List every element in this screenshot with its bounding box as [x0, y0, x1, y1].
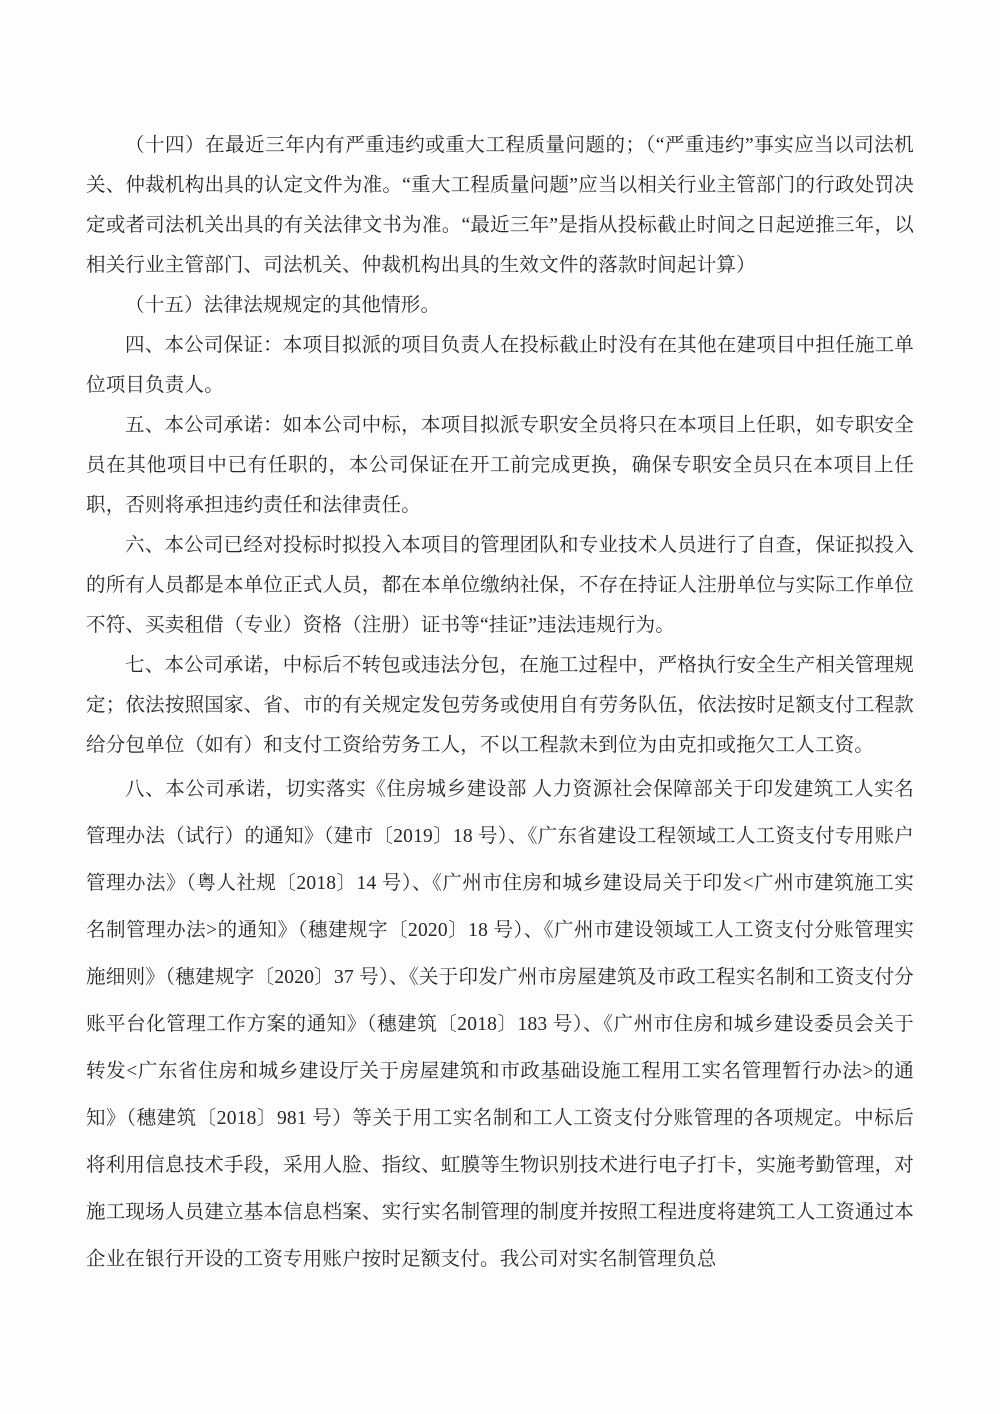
paragraph-clause-5: 五、本公司承诺：如本公司中标，本项目拟派专职安全员将只在本项目上任职，如专职安全…	[86, 406, 914, 526]
paragraph-clause-8: 八、本公司承诺，切实落实《住房城乡建设部 人力资源社会保障部关于印发建筑工人实名…	[86, 766, 914, 1283]
paragraph-clause-15: （十五）法律法规规定的其他情形。	[86, 286, 914, 326]
document-content: （十四）在最近三年内有严重违约或重大工程质量问题的；（“严重违约”事实应当以司法…	[86, 126, 914, 1283]
paragraph-clause-14: （十四）在最近三年内有严重违约或重大工程质量问题的；（“严重违约”事实应当以司法…	[86, 126, 914, 286]
document-page: （十四）在最近三年内有严重违约或重大工程质量问题的；（“严重违约”事实应当以司法…	[0, 0, 1000, 1414]
paragraph-clause-7: 七、本公司承诺，中标后不转包或违法分包，在施工过程中，严格执行安全生产相关管理规…	[86, 646, 914, 766]
paragraph-clause-4: 四、本公司保证：本项目拟派的项目负责人在投标截止时没有在其他在建项目中担任施工单…	[86, 326, 914, 406]
paragraph-clause-6: 六、本公司已经对投标时拟投入本项目的管理团队和专业技术人员进行了自查，保证拟投入…	[86, 526, 914, 646]
